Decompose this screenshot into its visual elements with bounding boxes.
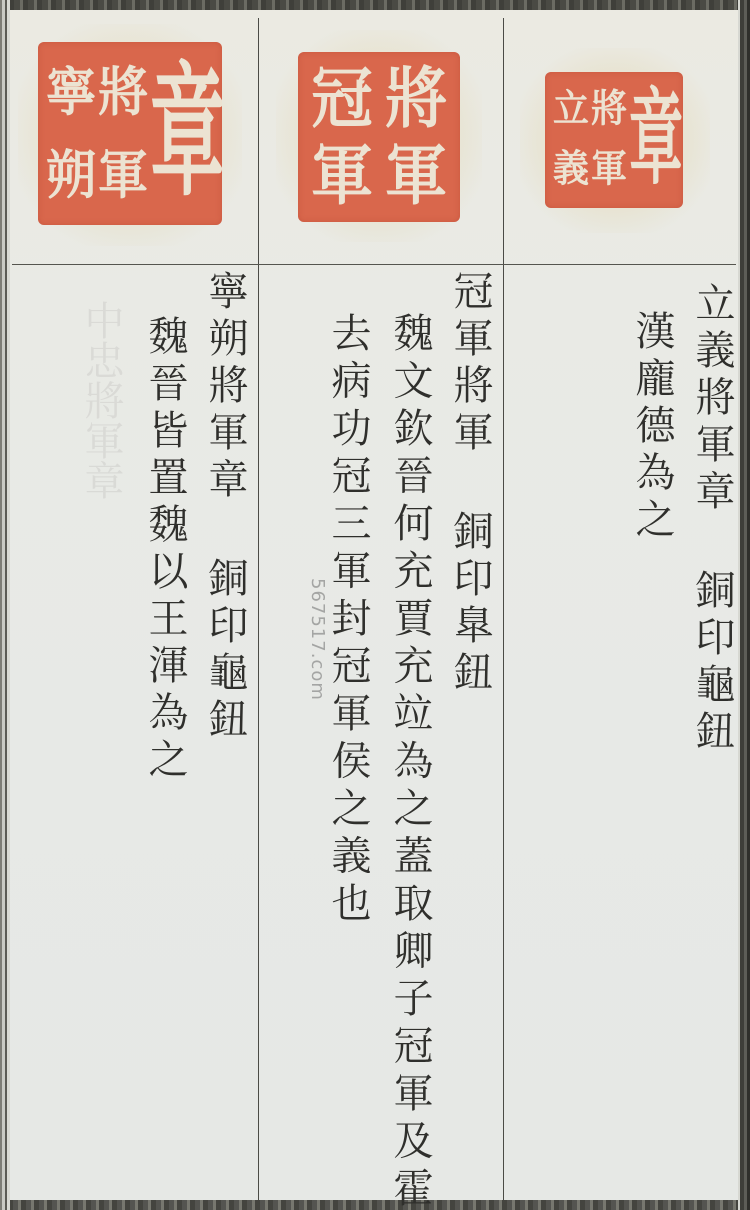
entry-middle-note-1: 魏文欽晉何充賈充竝為之蓋取卿子冠軍及霍 bbox=[390, 312, 430, 1210]
seal-column: 將軍 bbox=[380, 60, 452, 214]
column-divider-left bbox=[258, 18, 259, 1200]
entry-left-title-line: 寧朔將軍章銅印龜鈕 bbox=[205, 270, 245, 745]
column-divider-right bbox=[503, 18, 504, 1200]
seal-column: 章 bbox=[629, 80, 683, 200]
seal-left: 寧朔將軍章 bbox=[38, 42, 222, 225]
seal-character: 冠 bbox=[311, 66, 373, 131]
watermark: 567517.com bbox=[307, 578, 328, 701]
seal-column: 冠軍 bbox=[306, 60, 378, 214]
seal-character: 章 bbox=[629, 89, 683, 192]
bleed-through-text: 中忠將軍章 bbox=[30, 300, 130, 840]
seal-character: 寧 bbox=[46, 66, 96, 119]
entry-right-note: 漢龐德為之 bbox=[632, 310, 672, 545]
entry-middle-title-line: 冠軍將軍銅印臯鈕 bbox=[450, 270, 490, 698]
book-page: 中忠將軍章 立義將軍章 冠軍將軍 寧朔將軍章 立義將軍章銅印龜鈕 漢龐德為之 冠… bbox=[0, 0, 750, 1210]
seal-character: 軍 bbox=[385, 143, 447, 208]
entry-middle-note-2: 去病功冠三軍封冠軍侯之義也 bbox=[328, 312, 368, 930]
seal-character: 章 bbox=[150, 62, 222, 205]
entry-middle-title: 冠軍將軍 bbox=[447, 270, 493, 458]
entry-middle-material: 銅印臯鈕 bbox=[447, 510, 493, 698]
seal-character: 義 bbox=[553, 151, 589, 189]
seal-character: 將 bbox=[98, 66, 148, 119]
seal-column: 寧朔 bbox=[46, 50, 96, 217]
entry-right-title-line: 立義將軍章銅印龜鈕 bbox=[692, 282, 732, 757]
seal-character: 朔 bbox=[46, 149, 96, 202]
seal-character: 立 bbox=[553, 91, 589, 129]
seal-character: 軍 bbox=[311, 143, 373, 208]
seal-column: 將軍 bbox=[98, 50, 148, 217]
page-border-top bbox=[0, 0, 750, 10]
entry-left-note: 魏晉皆置魏以王渾為之 bbox=[145, 315, 185, 785]
entry-right-title: 立義將軍章 bbox=[689, 282, 735, 517]
seal-character: 將 bbox=[591, 91, 627, 129]
seal-row-divider bbox=[12, 264, 736, 265]
seal-middle: 冠軍將軍 bbox=[298, 52, 460, 222]
seal-character: 軍 bbox=[98, 149, 148, 202]
seal-column: 立義 bbox=[553, 80, 589, 200]
entry-left-title: 寧朔將軍章 bbox=[202, 270, 248, 505]
page-border-bottom bbox=[0, 1200, 750, 1210]
seal-character: 將 bbox=[385, 66, 447, 131]
entry-right-material: 銅印龜鈕 bbox=[689, 569, 735, 757]
page-border-left bbox=[0, 0, 10, 1210]
page-border-right bbox=[738, 0, 750, 1210]
entry-left-material: 銅印龜鈕 bbox=[202, 557, 248, 745]
seal-right: 立義將軍章 bbox=[545, 72, 683, 208]
seal-column: 將軍 bbox=[591, 80, 627, 200]
seal-character: 軍 bbox=[591, 151, 627, 189]
seal-column: 章 bbox=[150, 50, 222, 217]
